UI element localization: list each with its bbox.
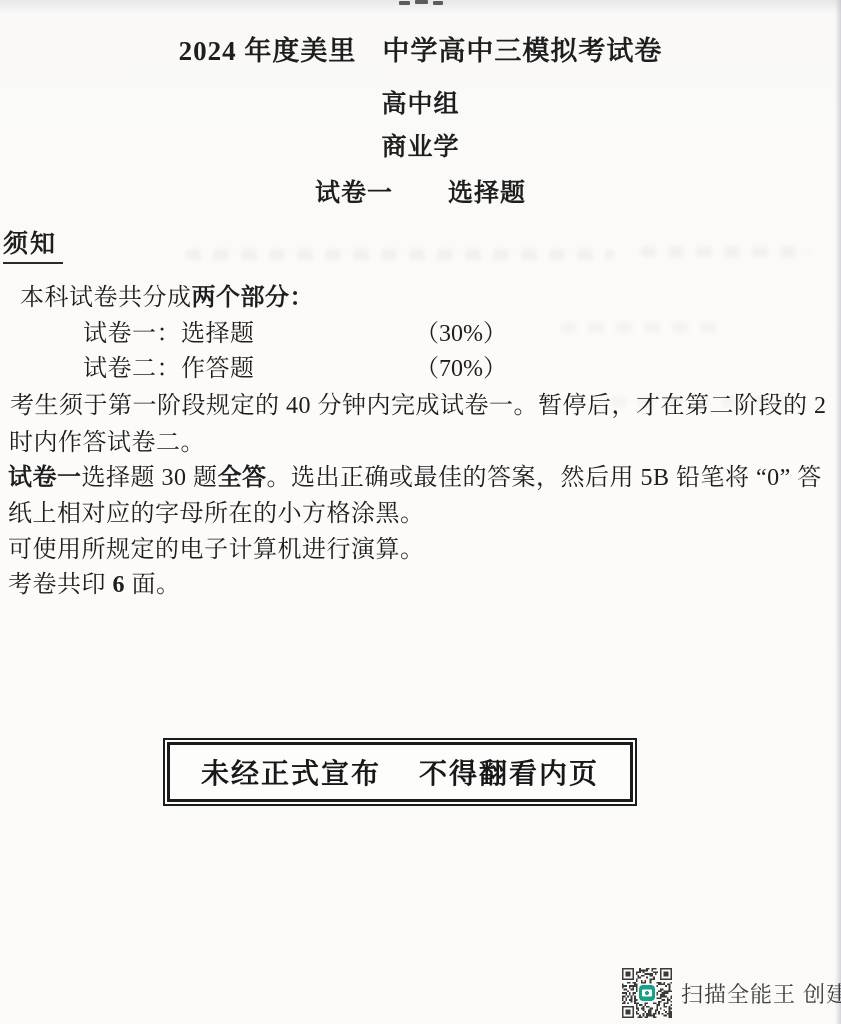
answer-instruction-line1: 试卷一选择题 30 题全答。选出正确或最佳的答案，然后用 5B 铅笔将 “0” …: [8, 457, 822, 492]
answer-mid-text: 选择题 30 题: [82, 465, 218, 491]
paper2-label: 试卷二：作答题: [83, 356, 255, 382]
warning-text-right: 不得翻看内页: [419, 752, 599, 792]
scanner-credit-text: 扫描全能王 创建: [681, 978, 841, 1009]
paper1-weight-row: 试卷一：选择题（30%）: [83, 313, 255, 348]
answer-rest-text: 。选出正确或最佳的答案，然后用 5B 铅笔将 “0” 答: [267, 465, 822, 491]
answer-instruction-line2: 纸上相对应的字母所在的小方格涂黑。: [8, 493, 425, 528]
paper2-weight-row: 试卷二：作答题（70%）: [83, 348, 255, 383]
page-count-number: 6: [113, 572, 126, 598]
scan-bleed-artifact: [560, 322, 720, 333]
exam-title-year-school: 2024 年度美里: [179, 36, 357, 66]
page-count-line: 考卷共印 6 面。: [8, 564, 181, 599]
paper-number: 试卷一: [315, 180, 393, 207]
paper-type: 选择题: [448, 180, 526, 207]
warning-text-left: 未经正式宣布: [201, 752, 381, 792]
scan-bleed-artifact: [185, 249, 615, 260]
scanned-exam-cover-page: 2024 年度美里中学高中三模拟考试卷 高中组 商业学 试卷一选择题 须知 本科…: [0, 0, 841, 1024]
answer-bold-all: 全答: [218, 465, 267, 491]
scan-bleed-artifact: [640, 246, 810, 257]
paper1-label: 试卷一：选择题: [83, 321, 255, 347]
answer-bold-paper1: 试卷一: [8, 465, 82, 491]
page-count-post: 面。: [125, 572, 181, 598]
do-not-open-warning-box: 未经正式宣布不得翻看内页: [163, 738, 637, 806]
stage-instruction-line1: 考生须于第一阶段规定的 40 分钟内完成试卷一。暂停后，才在第二阶段的 2: [10, 385, 827, 420]
cropped-header-fragment: [399, 0, 451, 6]
notice-intro-line: 本科试卷共分成两个部分：: [20, 277, 314, 312]
camscanner-watermark: 扫描全能王 创建: [622, 968, 841, 1018]
warning-box-inner: 未经正式宣布不得翻看内页: [167, 742, 633, 802]
exam-title: 2024 年度美里中学高中三模拟考试卷: [0, 29, 841, 68]
paper1-percentage: （30%）: [415, 313, 507, 348]
paper-section-heading: 试卷一选择题: [0, 173, 841, 209]
camscanner-qr-icon: [622, 968, 672, 1018]
stage-instruction-line2: 时内作答试卷二。: [9, 422, 205, 457]
exam-subject: 商业学: [0, 127, 841, 163]
page-count-pre: 考卷共印: [8, 572, 113, 598]
exam-group: 高中组: [0, 84, 841, 120]
exam-title-paper-name: 中学高中三模拟考试卷: [382, 36, 662, 66]
notice-heading: 须知: [3, 224, 63, 264]
intro-bold-text: 两个部分：: [192, 285, 315, 311]
paper2-percentage: （70%）: [415, 348, 507, 383]
intro-text: 本科试卷共分成: [20, 285, 192, 311]
calculator-instruction: 可使用所规定的电子计算机进行演算。: [8, 529, 425, 564]
